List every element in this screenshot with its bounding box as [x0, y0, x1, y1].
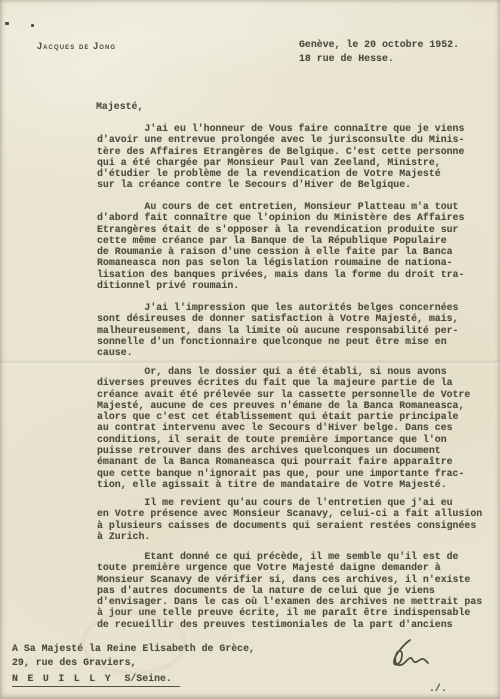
paragraph-4: Or, dans le dossier qui a été établi, si… [97, 366, 497, 490]
paragraph-6: Etant donné ce qui précède, il me semble… [97, 551, 497, 630]
recipient-name-line: A Sa Majesté la Reine Elisabeth de Grèce… [12, 643, 255, 654]
paragraph-5: Il me revient qu'au cours de l'entretien… [97, 497, 497, 542]
salutation: Majesté, [96, 101, 143, 112]
dateline-street: 18 rue de Hesse. [299, 52, 459, 66]
fold-crease [0, 359, 500, 366]
recipient-address-block: A Sa Majesté la Reine Elisabeth de Grèce… [12, 643, 255, 698]
punch-mark-right-icon [31, 24, 34, 27]
recipient-street-line: 29, rue des Graviers, [12, 657, 255, 668]
letter-page: Jacques de Jong Genève, le 20 octobre 19… [0, 0, 500, 699]
recipient-region: S/Seine. [124, 673, 171, 684]
recipient-city: N E U I L L Y [12, 673, 112, 684]
initials-stroke [394, 640, 428, 665]
dateline: Genève, le 20 octobre 1952. 18 rue de He… [299, 38, 459, 65]
letterhead-name: Jacques de Jong [37, 41, 116, 51]
dateline-place-date: Genève, le 20 octobre 1952. [299, 38, 459, 52]
punch-mark-left-icon [5, 22, 9, 25]
paragraph-2: Au cours de cet entretien, Monsieur Plat… [97, 201, 497, 291]
paragraph-1: J'ai eu l'honneur de Vous faire connaîtr… [97, 123, 497, 191]
continuation-mark: ./. [429, 683, 447, 694]
paragraph-3: J'ai l'impression que les autorités belg… [97, 302, 497, 358]
recipient-city-line: N E U I L L YS/Seine. [12, 673, 255, 698]
handwritten-initials [377, 633, 432, 679]
